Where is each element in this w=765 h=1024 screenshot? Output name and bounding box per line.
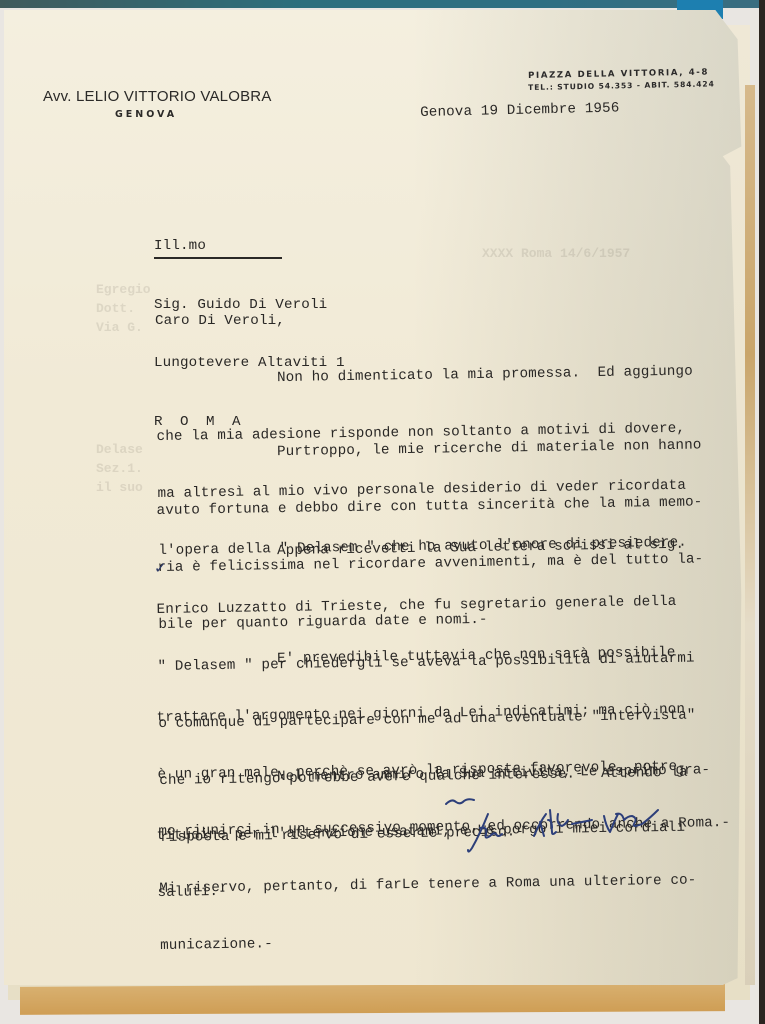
line: Non ho dimenticato la mia promessa. Ed a… xyxy=(156,363,693,390)
line: E' prevedibile tuttavia che non sarà pos… xyxy=(156,643,728,671)
bleed-through-text: XXXX Roma 14/6/1957 xyxy=(482,246,630,261)
handwritten-check-mark: ✓ xyxy=(154,559,167,577)
recipient-title: Ill.mo xyxy=(154,237,345,257)
bleed-through-block-2: Delase Sez.1. il suo xyxy=(96,440,143,497)
line: saluti.- xyxy=(157,875,712,903)
bleed-through-block: Egregio Dott. Via G. xyxy=(96,280,151,337)
background-top-strip xyxy=(0,0,765,8)
city-underline xyxy=(154,257,282,259)
line: Purtroppo, le mie ricerche di materiale … xyxy=(156,436,702,464)
line: Nel mentro ammiro la Sua attività, Le es… xyxy=(156,761,711,789)
letterhead-name: Avv. LELIO VITTORIO VALOBRA xyxy=(43,88,272,105)
salutation: Caro Di Veroli, xyxy=(155,312,285,331)
line: municazione.- xyxy=(160,928,732,956)
letterhead-city: GENOVA xyxy=(115,109,177,120)
paper-edge-stain xyxy=(745,85,755,985)
folder-bottom-edge xyxy=(20,983,725,1015)
background-right-strip xyxy=(759,0,765,1024)
line: Appena ricevetti la Sua lettera scrissi … xyxy=(156,536,693,563)
handwritten-signature xyxy=(440,792,680,862)
